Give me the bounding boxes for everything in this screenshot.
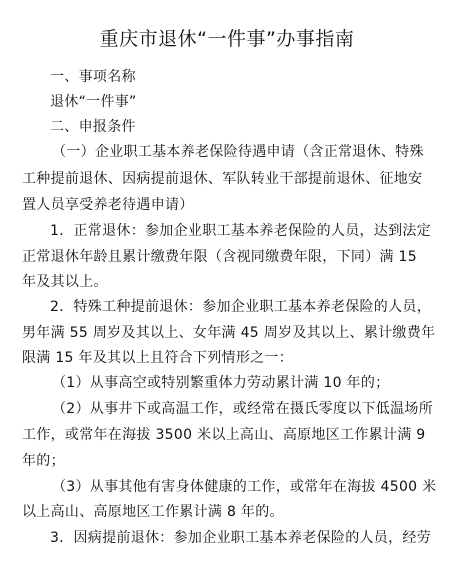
document-line: 一、事项名称 [50, 66, 136, 86]
document-line: 工种提前退休、因病提前退休、军队转业干部提前退休、征地安 [22, 168, 422, 188]
document-line: 正常退休年龄且累计缴费年限（含视同缴费年限，下同）满 15 [22, 246, 417, 266]
document-line: 年的； [22, 450, 65, 470]
document-line: 2．特殊工种提前退休：参加企业职工基本养老保险的人员， [50, 296, 431, 316]
document-line: 3．因病提前退休：参加企业职工基本养老保险的人员，经劳 [50, 527, 431, 547]
document-line: 工作，或常年在海拔 3500 米以上高山、高原地区工作累计满 9 [22, 424, 426, 444]
document-line: （1）从事高空或特别繁重体力劳动累计满 10 年的； [52, 372, 389, 392]
document-line: 限满 15 年及其以上且符合下列情形之一： [22, 347, 293, 367]
document-line: 男年满 55 周岁及其以上、女年满 45 周岁及其以上、累计缴费年 [22, 322, 435, 342]
document-line: 以上高山、高原地区工作累计满 8 年的。 [22, 501, 284, 521]
document-line: 1．正常退休：参加企业职工基本养老保险的人员，达到法定 [50, 220, 431, 240]
document-line: （2）从事井下或高温工作，或经常在摄氏零度以下低温场所 [52, 398, 433, 418]
document-line: 置人员享受养老待遇申请） [22, 194, 194, 214]
document-line: 二、申报条件 [50, 116, 136, 136]
document-line: （一）企业职工基本养老保险待遇申请（含正常退休、特殊 [52, 141, 424, 161]
page-title: 重庆市退休“一件事”办事指南 [0, 24, 454, 51]
document-line: （3）从事其他有害身体健康的工作，或常年在海拔 4500 米 [52, 476, 436, 496]
document-line: 年及其以上。 [22, 271, 108, 291]
document-line: 退休“一件事” [50, 91, 137, 111]
